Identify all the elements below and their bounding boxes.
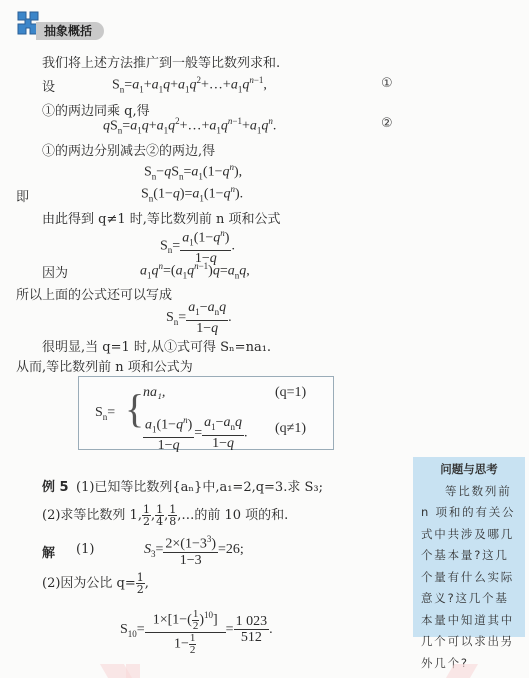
box-sn: Sn= (95, 405, 115, 422)
sidebar-title: 问题与思考 (413, 459, 525, 481)
condition-1: (q=1) (275, 385, 306, 401)
so-text: 所以上面的公式还可以写成 (16, 284, 172, 303)
left-brace: { (125, 379, 144, 439)
equation-because: a1qn=(a1qn−1)q=anq, (140, 261, 250, 280)
boxed-formula: Sn= { na₁, (q=1) a1(1−qn)1−q=a1−anq1−q. … (78, 376, 334, 450)
equation-1: Sn=a1+a1q+a1q2+…+a1qn−1, (112, 75, 267, 94)
case-2: a1(1−qn)1−q=a1−anq1−q. (143, 413, 248, 453)
solution-label: 解 (42, 542, 55, 561)
part2-prefix: (2)求等比数列 1, (42, 508, 142, 523)
equation-1-label: ① (381, 76, 393, 91)
because-label: 因为 (42, 262, 68, 281)
example-part-1: (1)已知等比数列{aₙ}中,a₁=2,q=3.求 S₃; (76, 476, 323, 495)
case-1: na₁, (143, 385, 165, 401)
subtract-text: ①的两边分别减去②的两边,得 (42, 140, 215, 159)
equation-2-label: ② (381, 116, 393, 131)
hence-text: 由此得到 q≠1 时,等比数列前 n 项和公式 (42, 208, 281, 227)
example-part-2: (2)求等比数列 1,12,14,18,…的前 10 项的和. (42, 504, 288, 527)
solution-1-result: =26; (218, 542, 244, 557)
equation-factor: Sn(1−q)=a1(1−qn). (141, 184, 243, 203)
example-label: 例 5 (42, 476, 69, 495)
s10-denominator: 512 (239, 630, 264, 645)
therefore-text: 从而,等比数列前 n 项和公式为 (16, 356, 193, 375)
equation-subtract: Sn−qSn=a1(1−qn), (144, 162, 242, 181)
s10-numerator: 1 023 (234, 614, 270, 630)
solution-1-label: (1) (76, 542, 94, 557)
formula-sn-alt: Sn=a1−anq1−q. (166, 300, 232, 336)
watermark-fragment (126, 664, 140, 678)
sol2-prefix: (2)因为公比 q= (42, 576, 136, 591)
part2-suffix: ,…的前 10 项的和. (177, 508, 288, 523)
solution-2-text: (2)因为公比 q=12, (42, 572, 149, 595)
intro-text: 我们将上述方法推广到一般等比数列求和. (42, 52, 280, 71)
ji-label: 即 (16, 186, 29, 205)
solution-2-formula: S10=1×[1−(12)10]1−12=1 023512. (120, 604, 273, 656)
let-label: 设 (42, 76, 55, 95)
sidebar-body: 等比数列前 n 项和的有关公式中共涉及哪几个基本量?这几个量有什么实际意义?这几… (413, 481, 525, 675)
obviously-text: 很明显,当 q=1 时,从①式可得 Sₙ=na₁. (42, 336, 271, 355)
equation-2: qSn=a1q+a1q2+…+a1qn−1+a1qn. (103, 116, 276, 135)
section-title: 抽象概括 (36, 22, 104, 40)
condition-2: (q≠1) (275, 421, 306, 437)
solution-1-formula: S3=2×(1−33)1−3=26; (144, 532, 244, 568)
think-sidebar: 问题与思考 等比数列前 n 项和的有关公式中共涉及哪几个基本量?这几个量有什么实… (413, 457, 525, 637)
sidebar-text: 等比数列前 n 项和的有关公式中共涉及哪几个基本量?这几个量有什么实际意义?这几… (421, 484, 515, 670)
